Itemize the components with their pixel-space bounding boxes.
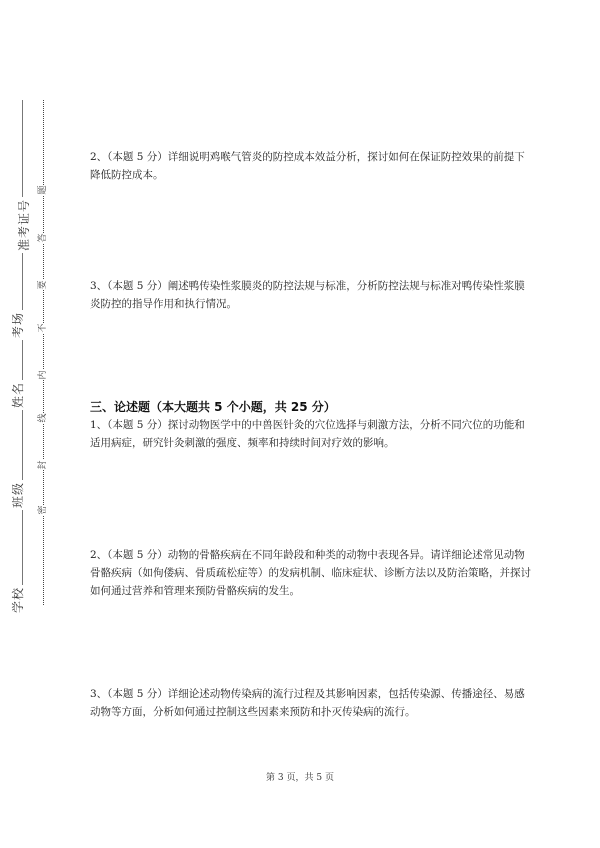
seal-char: 内 [38, 370, 48, 380]
essay-question-3: 3、（本题 5 分）详细论述动物传染病的流行过程及其影响因素，包括传染源、传播途… [90, 685, 535, 721]
essay-question-1: 1、（本题 5 分）探讨动物医学中的中兽医针灸的穴位选择与刺激方法，分析不同穴位… [90, 416, 535, 452]
label-name: 姓名 [11, 380, 25, 410]
seal-char: 题 [38, 185, 48, 195]
label-exam-room: 考场 [11, 310, 25, 340]
seal-char: 线 [38, 413, 48, 423]
question-2-prev: 2、（本题 5 分）详细说明鸡喉气管炎的防控成本效益分析，探讨如何在保证防控效果… [90, 148, 535, 184]
section-title: 三、论述题（本大题共 5 个小题，共 25 分） [90, 398, 336, 415]
label-exam-number: 准考证号 [17, 197, 31, 253]
binding-line [22, 100, 23, 605]
seal-char: 要 [38, 280, 48, 290]
seal-char: 密 [38, 505, 48, 515]
label-school: 学校 [11, 585, 25, 615]
seal-char: 封 [38, 460, 48, 470]
seal-dotted-line [43, 100, 44, 605]
page-number: 第 3 页，共 5 页 [0, 770, 600, 783]
label-class: 班级 [11, 480, 25, 510]
essay-question-2: 2、（本题 5 分）动物的骨骼疾病在不同年龄段和种类的动物中表现各异。请详细论述… [90, 546, 535, 600]
seal-char: 答 [38, 233, 48, 243]
question-3-prev: 3、（本题 5 分）阐述鸭传染性浆膜炎的防控法规与标准，分析防控法规与标准对鸭传… [90, 277, 535, 313]
seal-char: 不 [38, 323, 48, 333]
